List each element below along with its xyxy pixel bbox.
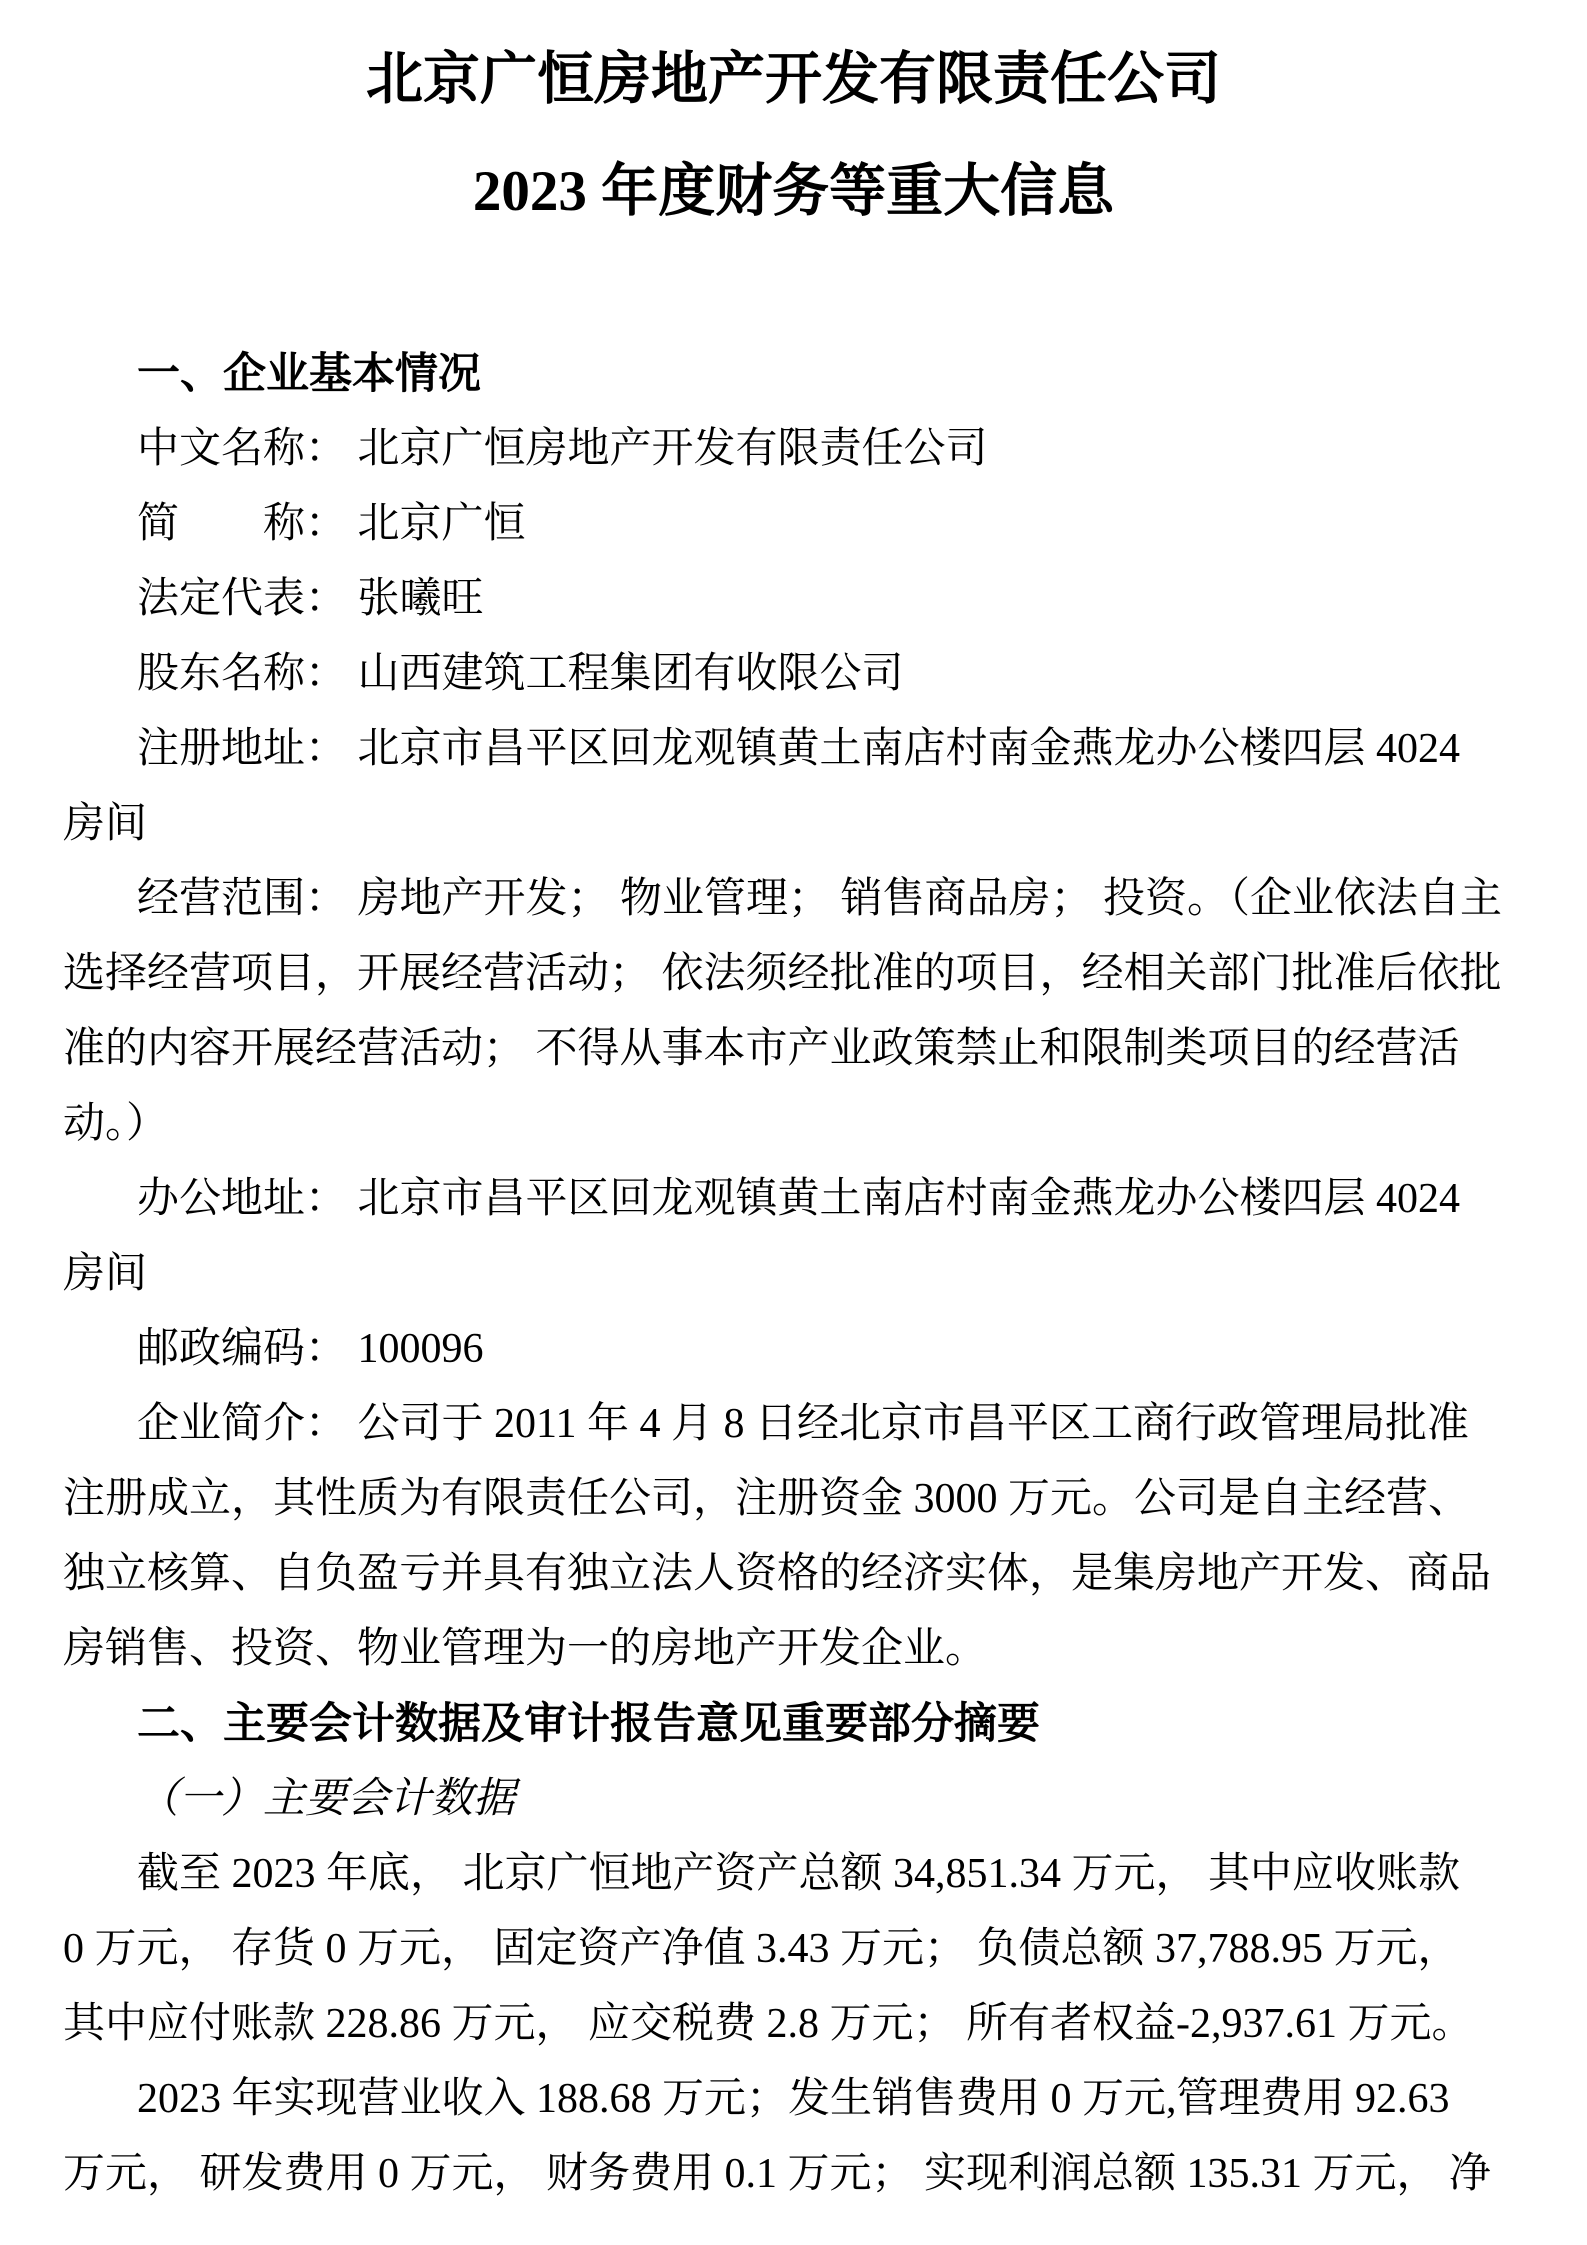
- line-company-profile-cont-1: 注册成立，其性质为有限责任公司，注册资金 3000 万元。公司是自主经营、: [63, 1462, 1527, 1537]
- document-body: 一、企业基本情况 中文名称： 北京广恒房地产开发有限责任公司 简 称： 北京广恒…: [63, 337, 1527, 2212]
- line-short-name: 简 称： 北京广恒: [63, 487, 1527, 562]
- line-company-profile-cont-2: 独立核算、自负盈亏并具有独立法人资格的经济实体，是集房地产开发、商品: [63, 1537, 1527, 1612]
- line-company-profile: 企业简介： 公司于 2011 年 4 月 8 日经北京市昌平区工商行政管理局批准: [63, 1387, 1527, 1462]
- line-registered-address: 注册地址： 北京市昌平区回龙观镇黄土南店村南金燕龙办公楼四层 4024: [63, 712, 1527, 787]
- line-office-address: 办公地址： 北京市昌平区回龙观镇黄土南店村南金燕龙办公楼四层 4024: [63, 1162, 1527, 1237]
- section-heading-accounting-summary: 二、主要会计数据及审计报告意见重要部分摘要: [63, 1687, 1527, 1762]
- line-business-scope: 经营范围： 房地产开发； 物业管理； 销售商品房； 投资。（企业依法自主: [63, 862, 1527, 937]
- line-business-scope-cont-2: 准的内容开展经营活动； 不得从事本市产业政策禁止和限制类项目的经营活: [63, 1012, 1527, 1087]
- line-business-scope-cont-3: 动。）: [63, 1087, 1527, 1162]
- line-legal-representative: 法定代表： 张曦旺: [63, 562, 1527, 637]
- line-business-scope-cont-1: 选择经营项目，开展经营活动； 依法须经批准的项目，经相关部门批准后依批: [63, 937, 1527, 1012]
- line-accounting-data-assets: 截至 2023 年底， 北京广恒地产资产总额 34,851.34 万元， 其中应…: [63, 1837, 1527, 1912]
- line-company-profile-cont-3: 房销售、投资、物业管理为一的房地产开发企业。: [63, 1612, 1527, 1687]
- line-accounting-data-liabilities: 0 万元， 存货 0 万元， 固定资产净值 3.43 万元； 负债总额 37,7…: [63, 1912, 1527, 1987]
- doc-title-line1: 北京广恒房地产开发有限责任公司: [0, 0, 1587, 114]
- line-operating-results-profit: 万元， 研发费用 0 万元， 财务费用 0.1 万元； 实现利润总额 135.3…: [63, 2137, 1527, 2212]
- line-operating-results-revenue: 2023 年实现营业收入 188.68 万元；发生销售费用 0 万元,管理费用 …: [63, 2062, 1527, 2137]
- line-chinese-name: 中文名称： 北京广恒房地产开发有限责任公司: [63, 412, 1527, 487]
- line-registered-address-cont: 房间: [63, 787, 1527, 862]
- line-shareholder-name: 股东名称： 山西建筑工程集团有收限公司: [63, 637, 1527, 712]
- doc-title-line2: 2023 年度财务等重大信息: [0, 158, 1587, 226]
- line-office-address-cont: 房间: [63, 1237, 1527, 1312]
- document-page: 北京广恒房地产开发有限责任公司 2023 年度财务等重大信息 一、企业基本情况 …: [0, 0, 1587, 2245]
- section-heading-basic-info: 一、企业基本情况: [63, 337, 1527, 412]
- line-accounting-data-equity: 其中应付账款 228.86 万元， 应交税费 2.8 万元； 所有者权益-2,9…: [63, 1987, 1527, 2062]
- line-postal-code: 邮政编码： 100096: [63, 1312, 1527, 1387]
- subsection-heading-key-accounting-data: （一）主要会计数据: [63, 1762, 1527, 1837]
